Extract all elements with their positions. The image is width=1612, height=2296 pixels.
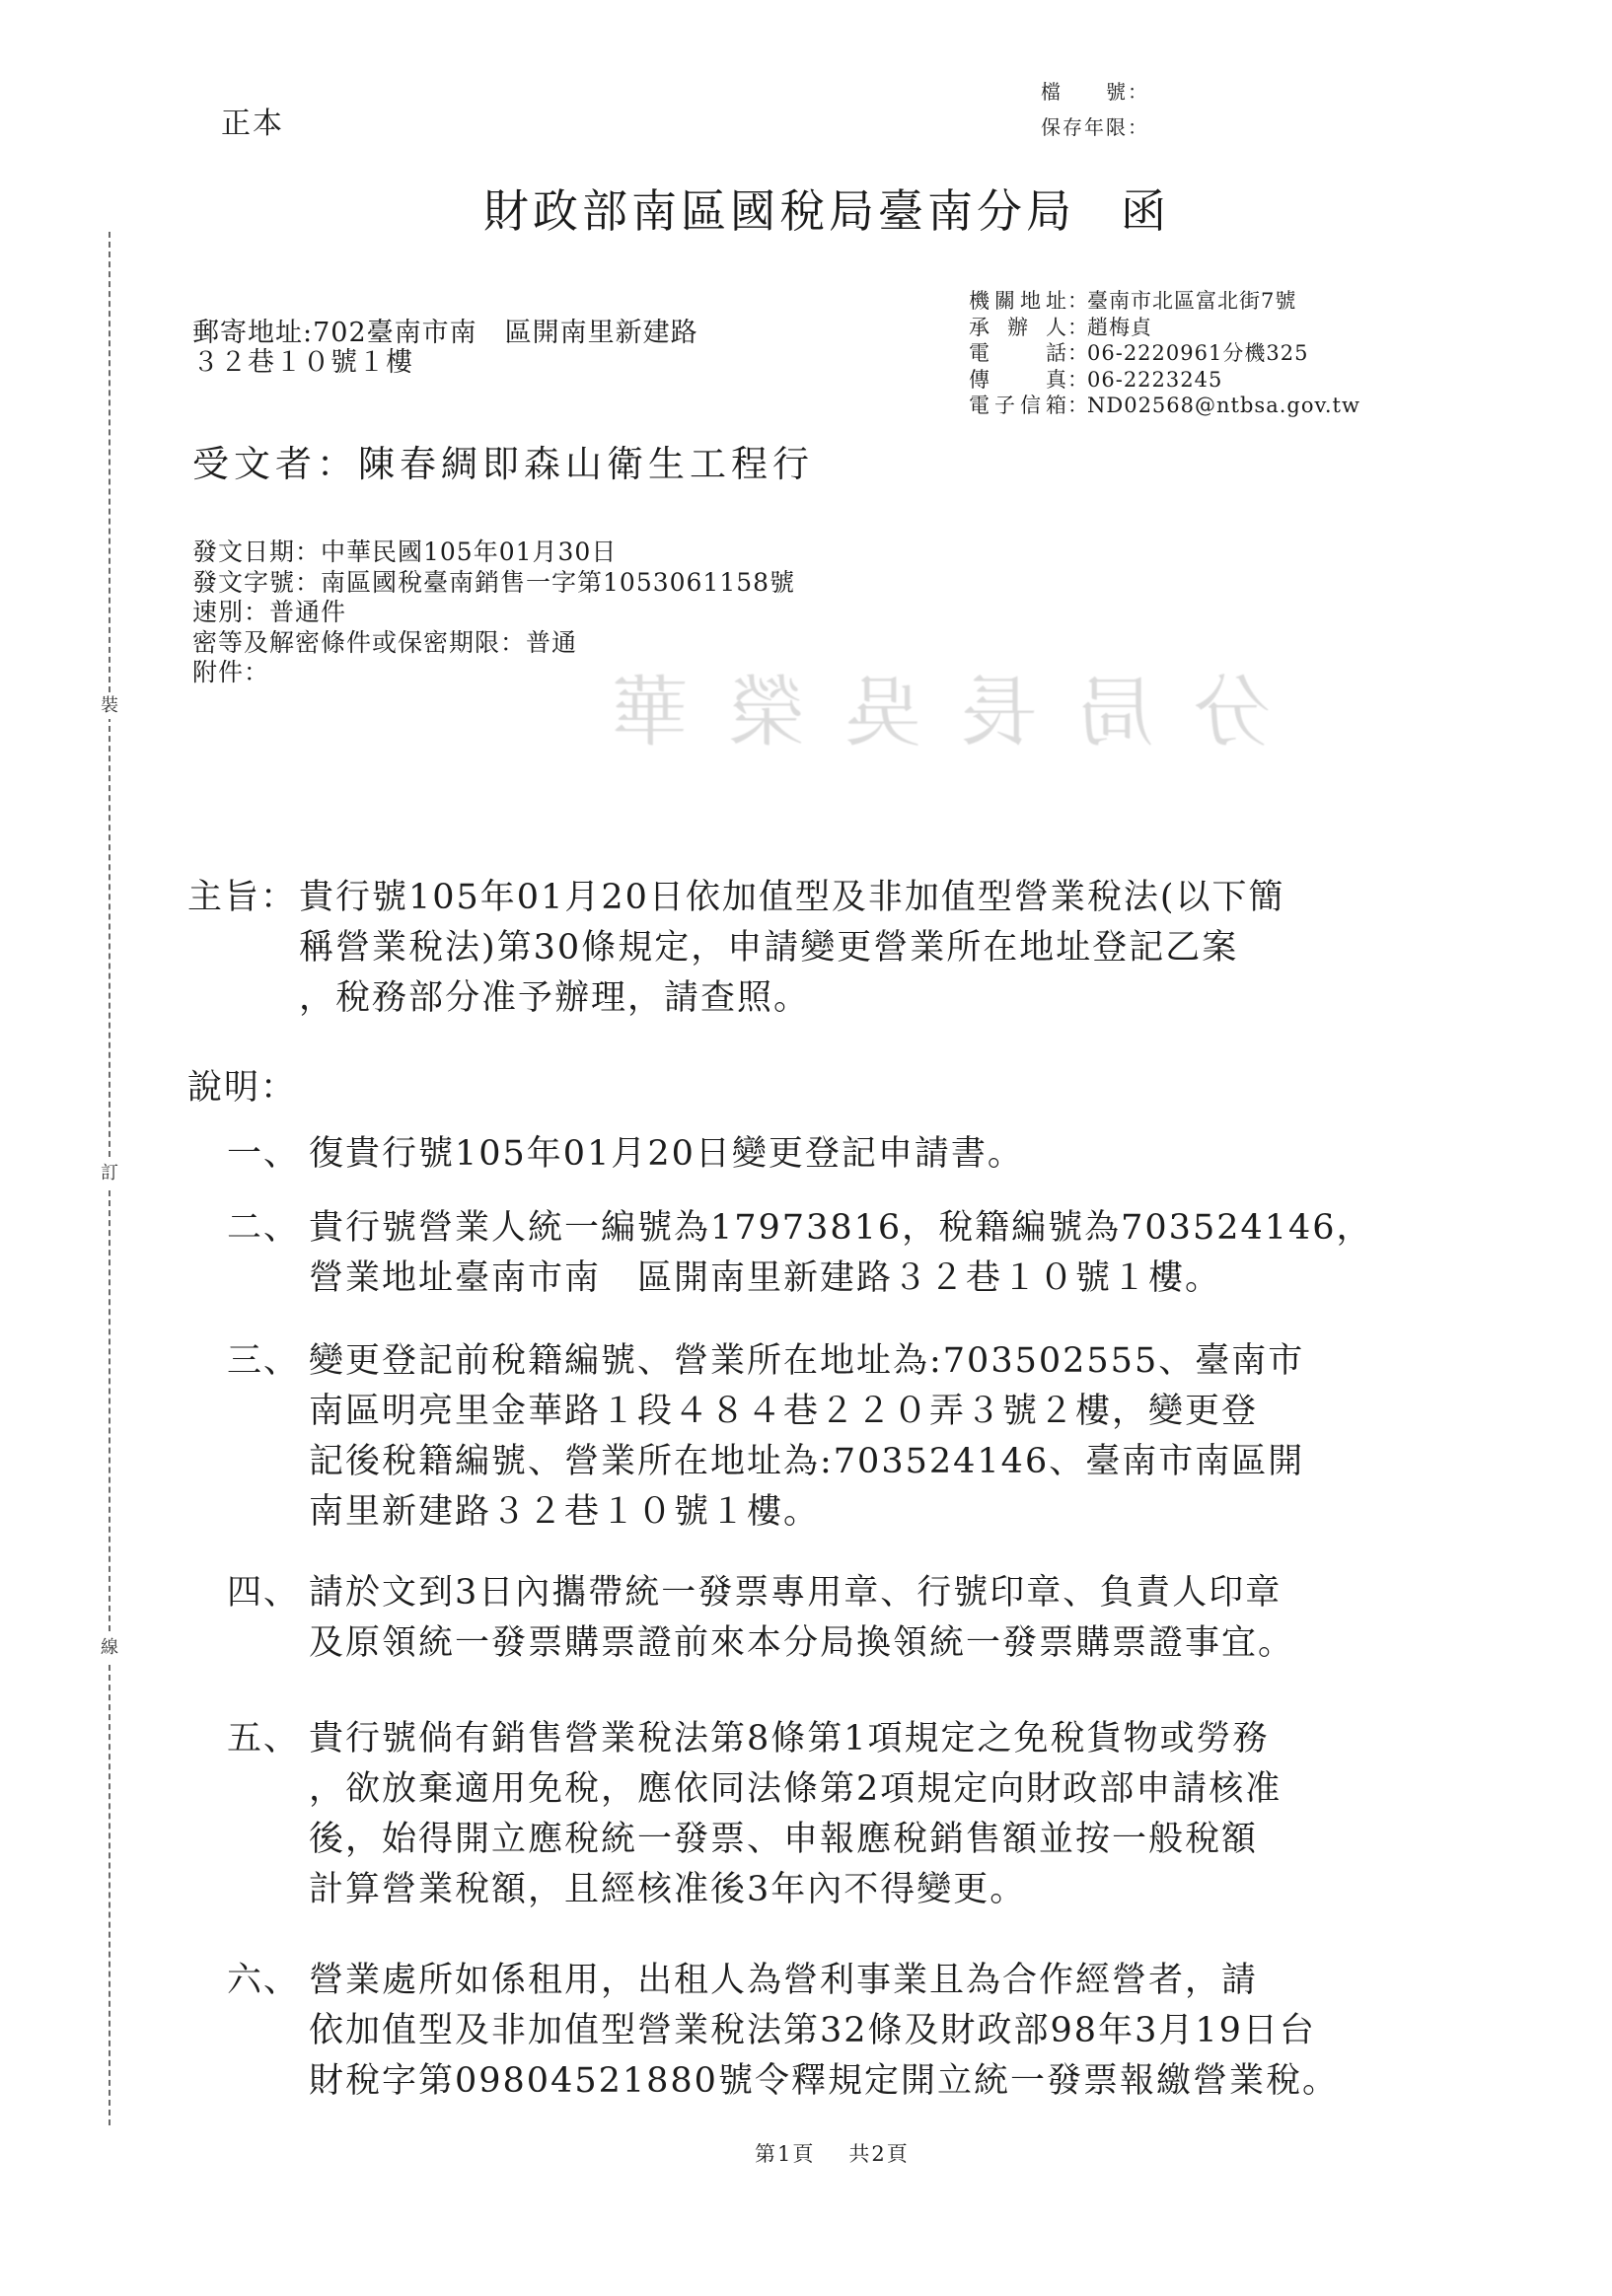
contact-block: 機關地址：臺南市北區富北街7號 承辦人：趙梅貞 電話：06-2220961分機3… (969, 288, 1360, 419)
mailing-address: 郵寄地址:702臺南市南 區開南里新建路 ３２巷１０號１樓 (192, 319, 698, 378)
delivery-speed: 速別：普通件 (192, 598, 795, 628)
explanation-label: 說明： (187, 1060, 297, 1110)
mailing-address-line1: 郵寄地址:702臺南市南 區開南里新建路 (192, 319, 698, 348)
agency-name: 財政部南區國稅局臺南分局 (483, 184, 1075, 238)
contact-row-email: 電子信箱：ND02568@ntbsa.gov.tw (969, 393, 1360, 419)
recipient-label: 受文者： (192, 443, 358, 485)
director-signature-stamp: 分局長吳榮華 (572, 651, 1271, 761)
binding-mark-zhuang: 裝 (97, 693, 122, 719)
item-number-5: 五、 (227, 1714, 300, 1764)
item-body-4: 請於文到3日內攜帶統一發票專用章、行號印章、負責人印章 及原領統一發票購票證前來… (309, 1568, 1294, 1669)
retention-period-label: 保存年限： (1041, 109, 1149, 145)
item-body-5: 貴行號倘有銷售營業稅法第8條第1項規定之免稅貨物或勞務 ，欲放棄適用免稅，應依同… (309, 1714, 1282, 1915)
subject-body: 貴行號105年01月20日依加值型及非加值型營業稅法(以下簡 稱營業稅法)第30… (299, 873, 1285, 1024)
contact-row-address: 機關地址：臺南市北區富北街7號 (969, 288, 1360, 315)
binding-mark-ding: 訂 (97, 1161, 122, 1186)
contact-row-handler: 承辦人：趙梅貞 (969, 315, 1360, 341)
contact-row-phone: 電話：06-2220961分機325 (969, 340, 1360, 367)
item-number-4: 四、 (227, 1568, 300, 1618)
subject-label: 主旨： (187, 873, 297, 923)
page-number: 第1頁 (755, 2142, 815, 2166)
item-body-1: 復貴行號105年01月20日變更登記申請書。 (309, 1129, 1024, 1180)
recipient: 受文者：陳春綢即森山衛生工程行 (192, 434, 814, 487)
item-number-1: 一、 (227, 1129, 300, 1180)
binding-mark-xian: 線 (97, 1635, 122, 1661)
item-number-2: 二、 (227, 1203, 300, 1254)
item-body-2: 貴行號營業人統一編號為17973816，稅籍編號為703524146， 營業地址… (309, 1203, 1373, 1304)
item-number-3: 三、 (227, 1336, 300, 1387)
email-link[interactable]: ND02568@ntbsa.gov.tw (1087, 394, 1360, 417)
item-body-3: 變更登記前稅籍編號、營業所在地址為:703502555、臺南市 南區明亮里金華路… (309, 1336, 1304, 1538)
recipient-name: 陳春綢即森山衛生工程行 (358, 443, 814, 485)
document-number: 發文字號：南區國稅臺南銷售一字第1053061158號 (192, 568, 795, 599)
page-footer: 第1頁共2頁 (755, 2138, 910, 2168)
item-number-6: 六、 (227, 1956, 300, 2006)
mailing-address-line2: ３２巷１０號１樓 (192, 348, 698, 378)
document-type: 函 (1121, 184, 1170, 238)
issue-date: 發文日期：中華民國105年01月30日 (192, 538, 795, 568)
document-title: 財政部南區國稅局臺南分局函 (483, 176, 1170, 241)
contact-row-fax: 傳真：06-2223245 (969, 367, 1360, 394)
copy-type-label: 正本 (221, 99, 284, 142)
file-number-label: 檔 號： (1041, 74, 1149, 109)
item-body-6: 營業處所如係租用，出租人為營利事業且為合作經營者，請 依加值型及非加值型營業稅法… (309, 1956, 1339, 2107)
page-total: 共2頁 (848, 2142, 909, 2166)
